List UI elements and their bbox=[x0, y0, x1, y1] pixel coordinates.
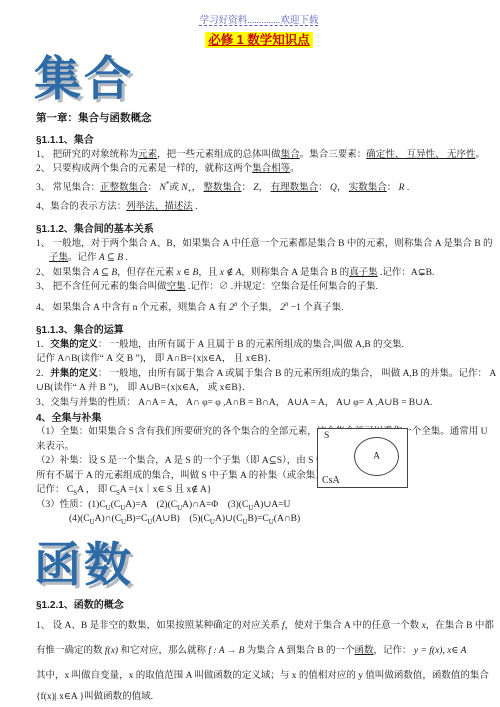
text-run: 2． bbox=[36, 369, 50, 379]
text-run: 4、全集与补集 bbox=[36, 413, 102, 424]
text-run: 为集合 A 到集合 B 的一个 bbox=[244, 646, 354, 656]
text-run: 4、 如果集合 A 中含有 n 个元素，则集合 A 有 bbox=[36, 303, 229, 313]
text-run: 有理数集合 bbox=[271, 183, 319, 193]
doc-line: 记作： CSA ， 即 CSA ={x｜x∈ S 且 x∉ A} bbox=[36, 484, 482, 497]
doc-line: (4)(CUA)∩(CUB)=CU(A∪B) (5)(CUA)∪(CUB)=CU… bbox=[36, 513, 482, 526]
text-run: 1、 把研究的对象统称为 bbox=[36, 150, 138, 160]
text-run: x ∉ A bbox=[220, 268, 242, 278]
text-run: ，在集合 B 中都 bbox=[426, 621, 494, 631]
text-run: 4、集合的表示方法： bbox=[36, 202, 126, 212]
doc-line: 1、 把研究的对象统称为元素，把一些元素组成的总体叫做集合。集合三要素：确定性、… bbox=[36, 149, 482, 162]
doc-line: 4、集合的表示方法：列举法、描述法 . bbox=[36, 201, 482, 214]
venn-set-label: A bbox=[373, 451, 380, 461]
text-run: 。 bbox=[290, 164, 300, 174]
doc-line: 其中，x 叫做自变量，x 的取值范围 A 叫做函数的定义域；与 x 的值相对应的… bbox=[36, 670, 482, 683]
doc-line: 有惟一确定的数 f(x) 和它对应，那么就称 f : A → B 为集合 A 到… bbox=[36, 645, 482, 658]
section-heading: §1.1.3、集合的运算 bbox=[36, 324, 482, 337]
doc-line: {f(x)| x∈A }叫做函数的值域. bbox=[36, 691, 482, 704]
text-run: A ⊆ B bbox=[93, 268, 117, 278]
text-run: f(x) bbox=[105, 646, 118, 656]
text-run: §1.1.1、集合 bbox=[36, 135, 94, 146]
doc-line: 2、 只要构成两个集合的元素是一样的，就称这两个集合相等。 bbox=[36, 163, 482, 176]
text-run: A ={x｜x∈ S 且 x∉ A} bbox=[120, 485, 212, 495]
text-run: 1、 设 A、B 是非空的数集，如果按照某种确定的对应关系 bbox=[36, 621, 282, 631]
text-run: 或 bbox=[169, 183, 181, 193]
wordart-functions: 函数 bbox=[34, 540, 482, 589]
doc-line: 4、 如果集合 A 中含有 n 个元素，则集合 A 有 2n 个子集， 2n −… bbox=[36, 302, 482, 315]
text-run: （2）补集：设 S 是一个集合，A 是 S 的一个子集（即 A⊆S），由 S 中 bbox=[36, 456, 325, 466]
text-run: {f(x)| x∈A }叫做函数的值域. bbox=[36, 692, 153, 702]
text-run: §1.1.2、集合间的基本关系 bbox=[36, 224, 154, 235]
text-run: ，则称集合 A 是集合 B 的 bbox=[241, 268, 349, 278]
venn-diagram: S A CsA bbox=[317, 428, 408, 488]
text-run: A)∪A=U bbox=[253, 500, 290, 510]
text-run: f : A → B bbox=[208, 646, 244, 656]
text-run: ， bbox=[259, 183, 271, 193]
text-run: ： bbox=[318, 183, 330, 193]
text-run: 1、 一般地，对于两个集合 A、B，如果集合 A 中任意一个元素都是集合 B 中… bbox=[36, 239, 493, 249]
text-run: 2、 只要构成两个集合的元素是一样的，就称这两个 bbox=[36, 164, 252, 174]
text-run: ， bbox=[337, 183, 349, 193]
wordart-sets: 集合 bbox=[34, 54, 482, 103]
section-heading: §1.2.1、函数的概念 bbox=[36, 599, 482, 612]
text-run: ，记作： bbox=[374, 646, 414, 656]
doc-line: 来表示。 bbox=[36, 441, 482, 454]
text-run: A)∩(C bbox=[95, 514, 121, 524]
text-run: 1． bbox=[36, 340, 50, 350]
doc-line: ∪B(读作“ A 并 B ”)， 即 A∪B={x|x∈A， 或 x∈B}. bbox=[36, 382, 482, 395]
doc-line: 2、 如果集合 A ⊆ B，但存在元素 x ∈ B，且 x ∉ A，则称集合 A… bbox=[36, 267, 482, 280]
text-run: A ⊆ B bbox=[99, 253, 123, 263]
doc-line: 1、 一般地，对于两个集合 A、B，如果集合 A 中任意一个元素都是集合 B 中… bbox=[36, 238, 482, 251]
text-run: 。记作 bbox=[68, 253, 99, 263]
doc-line: 1、 设 A、B 是非空的数集，如果按照某种确定的对应关系 f，使对于集合 A … bbox=[36, 620, 482, 633]
text-run: §1.1.3、集合的运算 bbox=[36, 325, 124, 336]
text-run: ： bbox=[148, 183, 160, 193]
text-run: ： 一般地，由所有属于集合 A 或属于集合 B 的元素所组成的集合， 叫做 A,… bbox=[98, 369, 496, 379]
venn-universe-label: S bbox=[324, 431, 329, 441]
header-link[interactable]: 学习好资料..............欢迎下载 bbox=[36, 12, 482, 26]
text-run: 3、 常见集合： bbox=[36, 183, 100, 193]
venn-circle: A bbox=[354, 437, 399, 476]
text-run: A)=A (2)(C bbox=[125, 500, 177, 510]
text-run: 有惟一确定的数 bbox=[36, 646, 105, 656]
text-run: 个子集， bbox=[237, 303, 280, 313]
text-run: 确定性、 互异性、 无序性 bbox=[366, 150, 475, 160]
sets-section-body: §1.1.1、集合1、 把研究的对象统称为元素，把一些元素组成的总体叫做集合。集… bbox=[36, 134, 482, 526]
text-run: 交集的定义 bbox=[50, 340, 98, 350]
text-run: 来表示。 bbox=[36, 442, 74, 452]
text-run: .记作：A⊊B. bbox=[378, 268, 435, 278]
text-run: 正整数集合 bbox=[100, 183, 148, 193]
text-run: ∪B(读作“ A 并 B ”)， 即 A∪B={x|x∈A， 或 x∈B}. bbox=[36, 383, 245, 393]
text-run: ，使对于集合 A 中的任意一个数 bbox=[285, 621, 422, 631]
text-run: y = f(x), x∈ A bbox=[414, 646, 467, 656]
text-run: ： 一般地，由所有属于 A 且属于 B 的元素所组成的集合,叫做 A,B 的交集… bbox=[98, 340, 404, 350]
doc-line: 记作 A∩B(读作“ A 交 B ”)， 即 A∩B={x|x∈A， 且 x∈B… bbox=[36, 353, 482, 366]
text-run: 其中，x 叫做自变量，x 的取值范围 A 叫做函数的定义域；与 x 的值相对应的… bbox=[36, 671, 489, 681]
text-run: 整数集合 bbox=[203, 183, 241, 193]
text-run: （3）性质：(1)C bbox=[36, 500, 106, 510]
text-run: B)=C bbox=[248, 514, 269, 524]
text-run: 元素 bbox=[138, 150, 157, 160]
text-run: 列举法、描述法 bbox=[126, 202, 193, 212]
text-run: 记作 A∩B(读作“ A 交 B ”)， 即 A∩B={x|x∈A， 且 x∈B… bbox=[36, 354, 271, 364]
doc-line: 所有不属于 A 的元素组成的集合，叫做 S 中子集 A 的补集（或余集）。 bbox=[36, 470, 482, 483]
doc-line: （1）全集：如果集合 S 含有我们所要研究的各个集合的全部元素，这个集合就可以看… bbox=[36, 426, 482, 439]
text-run: (A∪B) (5)(C bbox=[152, 514, 210, 524]
text-run: 。 bbox=[475, 150, 485, 160]
doc-line: （3）性质：(1)CU(CUA)=A (2)(CUA)∩A=Φ (3)(CUA)… bbox=[36, 499, 482, 512]
text-run: （1）全集：如果集合 S 含有我们所要研究的各个集合的全部元素，这个集合就可以看… bbox=[36, 427, 488, 437]
text-run: ： bbox=[387, 183, 399, 193]
page: 学习好资料..............欢迎下载 必修 1 数学知识点 集合 第一… bbox=[0, 0, 500, 704]
text-run: 函数 bbox=[354, 646, 373, 656]
text-run: 子集 bbox=[49, 253, 68, 263]
section-heading: §1.1.2、集合间的基本关系 bbox=[36, 223, 482, 236]
text-run: (C bbox=[111, 500, 121, 510]
doc-line: 3、交集与并集的性质： A∩A = A， A∩ φ= φ ,A∩B = B∩A，… bbox=[36, 397, 482, 410]
text-run: 集合 bbox=[281, 150, 300, 160]
section-heading: §1.1.1、集合 bbox=[36, 134, 482, 147]
header-link-text[interactable]: 学习好资料..............欢迎下载 bbox=[200, 16, 319, 26]
text-run: .记作：∅ .并规定：空集合是任何集合的子集. bbox=[186, 282, 378, 292]
text-run: 3、 把不含任何元素的集合叫做 bbox=[36, 282, 167, 292]
text-run: B)=C bbox=[126, 514, 147, 524]
section-heading: 4、全集与补集 bbox=[36, 412, 482, 425]
text-run: 并集的定义 bbox=[50, 369, 98, 379]
text-run: 所有不属于 A 的元素组成的集合，叫做 S 中子集 A 的补集（或余集）。 bbox=[36, 471, 329, 481]
text-run: Q bbox=[330, 183, 337, 193]
title-badge: 必修 1 数学知识点 bbox=[205, 32, 312, 48]
venn-complement-label: CsA bbox=[322, 475, 340, 486]
text-run: (4)(C bbox=[69, 514, 90, 524]
text-run: 3、交集与并集的性质： A∩A = A， A∩ φ= φ ,A∩B = B∩A，… bbox=[36, 398, 432, 408]
title-badge-wrap: 必修 1 数学知识点 bbox=[36, 31, 482, 49]
text-run: (A∩B) bbox=[274, 514, 300, 524]
text-run: x ∈ B bbox=[177, 268, 199, 278]
chapter-title: 第一章：集合与函数概念 bbox=[36, 110, 482, 125]
doc-line: 3、 把不含任何元素的集合叫做空集 .记作：∅ .并规定：空集合是任何集合的子集… bbox=[36, 281, 482, 294]
text-run: ，且 bbox=[198, 268, 219, 278]
text-run: −1 个真子集. bbox=[288, 303, 343, 313]
text-run: . bbox=[404, 183, 409, 193]
doc-line: （2）补集：设 S 是一个集合，A 是 S 的一个子集（即 A⊆S），由 S 中 bbox=[36, 455, 482, 468]
text-run: ， bbox=[192, 183, 204, 193]
text-run: 集合相等 bbox=[252, 164, 290, 174]
doc-line: 3、 常见集合：正整数集合： N*或 N+， 整数集合： Z， 有理数集合： Q… bbox=[36, 182, 482, 195]
doc-line: 1．交集的定义： 一般地，由所有属于 A 且属于 B 的元素所组成的集合,叫做 … bbox=[36, 339, 482, 352]
text-run: ，但存在元素 bbox=[117, 268, 176, 278]
functions-section-body: §1.2.1、函数的概念1、 设 A、B 是非空的数集，如果按照某种确定的对应关… bbox=[36, 599, 482, 704]
text-run: . bbox=[123, 253, 128, 263]
text-run: 实数集合 bbox=[349, 183, 387, 193]
text-run: ： bbox=[241, 183, 253, 193]
text-run: 空集 bbox=[167, 282, 186, 292]
doc-line: 子集。记作 A ⊆ B . bbox=[36, 252, 482, 265]
text-run: 。集合三要素： bbox=[300, 150, 367, 160]
text-run: . bbox=[193, 202, 198, 212]
text-run: 和它对应，那么就称 bbox=[118, 646, 208, 656]
text-run: 记作： C bbox=[36, 485, 73, 495]
text-run: A)∩A=Φ (3)(C bbox=[182, 500, 248, 510]
text-run: 真子集 bbox=[349, 268, 378, 278]
text-run: §1.2.1、函数的概念 bbox=[36, 600, 124, 611]
text-run: ，把一些元素组成的总体叫做 bbox=[157, 150, 281, 160]
doc-line: 2．并集的定义： 一般地，由所有属于集合 A 或属于集合 B 的元素所组成的集合… bbox=[36, 368, 482, 381]
text-run: 2、 如果集合 bbox=[36, 268, 93, 278]
text-run: A)∪(C bbox=[215, 514, 242, 524]
text-run: A ， 即 C bbox=[77, 485, 116, 495]
